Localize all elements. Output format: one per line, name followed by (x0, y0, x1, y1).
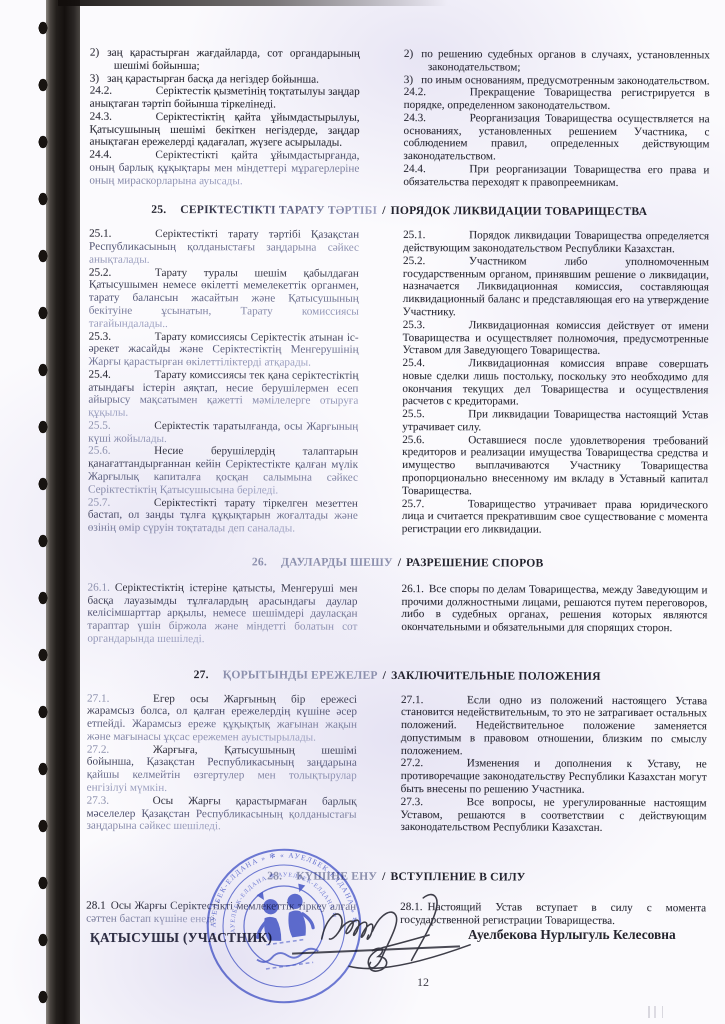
clause: 25.7.Серіктестікті тарату тіркелген мезе… (88, 496, 358, 535)
heading-separator: / (383, 669, 386, 682)
clause-number: 27.3. (401, 796, 467, 809)
clause: 26.1.Серіктестіктің істеріне қатысты, Ме… (87, 581, 357, 646)
clause-number: 25.5. (402, 408, 468, 421)
kazakh-column: 25.1.Серіктестікті тарату тәртібі Қазақс… (88, 228, 359, 536)
section-24-row: 2)заң қарастырған жағдайларда, сот орган… (89, 47, 710, 190)
list-item: 2)по решению судебных органов в случаях,… (404, 48, 710, 75)
section-heading-26: 26.ДАУЛАРДЫ ШЕШУ/РАЗРЕШЕНИЕ СПОРОВ (88, 554, 708, 570)
russian-column: 25.1.Порядок ликвидации Товарищества опр… (402, 229, 709, 537)
clause-number: 25.4. (403, 357, 469, 370)
list-number: 2) (404, 48, 413, 60)
clause-number: 25.7. (88, 496, 154, 509)
clause: 27.1.Егер осы Жарғының бір ережесі жарам… (87, 692, 357, 744)
stamp-small-text-lines (263, 939, 313, 969)
section-heading-27: 27.ҚОРЫТЫНДЫ ЕРЕЖЕЛЕР/ЗАКЛЮЧИТЕЛЬНЫЕ ПОЛ… (87, 667, 707, 683)
heading-number: 26. (252, 555, 267, 568)
section-26-row: 26.1.Серіктестіктің істеріне қатысты, Ме… (87, 581, 707, 648)
russian-column: 26.1.Все споры по делам Товарищества, ме… (401, 583, 707, 648)
kazakh-column: 26.1.Серіктестіктің істеріне қатысты, Ме… (87, 581, 357, 646)
clause: 25.4.Ликвидационная комиссия вправе сове… (402, 357, 708, 409)
clause: 25.6.Оставшиеся после удовлетворения тре… (402, 434, 708, 499)
list-item: 2)заң қарастырған жағдайларда, сот орган… (90, 47, 360, 74)
clause: 25.4.Тарату комиссиясы тек қана серіктес… (88, 368, 358, 420)
clause-number: 27.1. (87, 692, 153, 705)
kazakh-column: 27.1.Егер осы Жарғының бір ережесі жарам… (86, 692, 357, 834)
clause-number: 24.3. (404, 112, 470, 125)
clause: 25.1.Порядок ликвидации Товарищества опр… (403, 229, 709, 256)
clause: 24.2.Прекращение Товарищества регистриру… (404, 86, 710, 113)
clause: 27.2.Изменения и дополнения к Уставу, не… (401, 757, 707, 797)
heading-separator: / (382, 204, 385, 217)
clause-number: 25.3. (89, 330, 155, 343)
heading-number: 27. (194, 668, 209, 681)
clause: 25.1.Серіктестікті тарату тәртібі Қазақс… (89, 228, 359, 267)
heading-kazakh: ҚОРЫТЫНДЫ ЕРЕЖЕЛЕР (223, 668, 378, 682)
clause: 25.3.Тарату комиссиясы Серіктестік атына… (89, 330, 359, 369)
heading-russian: РАЗРЕШЕНИЕ СПОРОВ (406, 556, 543, 570)
list-text: заң қарастырған жағдайларда, сот органда… (107, 47, 360, 72)
clause-text: Серіктестіктің істеріне қатысты, Менгеру… (87, 582, 357, 645)
clause-number: 25.1. (403, 229, 469, 242)
clause: 27.3.Все вопросы, не урегулированные нас… (400, 796, 706, 836)
clause-number: 24.2. (404, 86, 470, 99)
clause: 26.1.Все споры по делам Товарищества, ме… (401, 583, 707, 635)
clause-number: 27.1. (401, 694, 467, 707)
clause: 25.5.При ликвидации Товарищества настоящ… (402, 408, 708, 435)
clause: 24.4.Серіктестікті қайта ұйымдастырғанда… (89, 149, 359, 188)
heading-number: 25. (151, 203, 166, 216)
clause-number: 24.4. (403, 163, 469, 176)
clause: 25.2.Тарату туралы шешім қабылдаған Қаты… (89, 266, 359, 331)
clause-number: 26.1. (402, 583, 424, 595)
section-27-row: 27.1.Егер осы Жарғының бір ережесі жарам… (86, 692, 707, 835)
clause-number: 27.2. (87, 743, 153, 756)
list-number: 3) (90, 72, 99, 84)
clause: 27.1.Если одно из положений настоящего У… (401, 694, 707, 759)
document-body: 2)заң қарастырған жағдайларда, сот орган… (86, 47, 710, 928)
clause: 24.3.Серіктестіктің қайта ұйымдастырылуы… (89, 110, 359, 149)
clause: 24.2.Серіктестік қызметінің тоқтатылуы з… (90, 85, 360, 112)
list-number: 3) (404, 74, 413, 86)
clause-number: 25.2. (89, 266, 155, 279)
clause-number: 24.2. (90, 85, 156, 98)
heading-kazakh: ДАУЛАРДЫ ШЕШУ (281, 555, 393, 568)
clause-number: 25.7. (402, 498, 468, 511)
list-text: заң қарастырған басқа да негіздер бойынш… (107, 72, 319, 85)
heading-separator: / (398, 556, 401, 569)
clause-number: 24.3. (90, 110, 156, 123)
clause-number: 25.5. (88, 420, 154, 433)
clause-number: 26.1. (88, 581, 110, 593)
participant-name: Ауелбекова Нурлыгуль Келесовна (468, 927, 676, 943)
list-number: 2) (90, 47, 99, 59)
clause: 25.6.Несие берушілердің талаптарын қанағ… (88, 445, 358, 497)
clause: 25.2.Участником либо уполномоченным госу… (403, 255, 709, 320)
section-heading-25: 25.СЕРІКТЕСТІКТІ ТАРАТУ ТӘРТІБІ/ПОРЯДОК … (89, 203, 709, 219)
clause-number: 25.3. (403, 319, 469, 332)
clause-number: 25.6. (402, 434, 468, 447)
kazakh-column: 2)заң қарастырған жағдайларда, сот орган… (89, 47, 360, 189)
page-number: 12 (398, 975, 448, 990)
russian-column: 27.1.Если одно из положений настоящего У… (400, 694, 707, 836)
signature-block: ҚАТЫСУШЫ (УЧАСТНИК) « АУЕЛБЕК-ЕЛДАНА » ✻… (0, 845, 725, 1024)
list-text: по иным основаниям, предусмотренным зако… (421, 74, 710, 87)
clause-number: 27.3. (87, 794, 153, 807)
scanned-document-page: 2)заң қарастырған жағдайларда, сот орган… (0, 0, 725, 1024)
russian-column: 2)по решению судебных органов в случаях,… (403, 48, 710, 190)
clause: 25.5.Серіктестік таратылғанда, осы Жарғы… (88, 420, 358, 447)
scan-edge-top (58, 0, 448, 6)
list-item: 3)заң қарастырған басқа да негіздер бойы… (90, 72, 360, 86)
clause-number: 25.2. (403, 255, 469, 268)
clause: 25.7.Товарищество утрачивает права юриди… (402, 498, 708, 538)
clause: 25.3.Ликвидационная комиссия действует о… (403, 319, 709, 359)
clause: 24.3.Реорганизация Товарищества осуществ… (403, 112, 709, 164)
clause-number: 25.6. (88, 445, 154, 458)
handwritten-signature (308, 887, 474, 987)
clause-number: 25.1. (89, 228, 155, 241)
clause-number: 24.4. (89, 149, 155, 162)
clause-number: 25.4. (88, 368, 154, 381)
heading-russian: ЗАКЛЮЧИТЕЛЬНЫЕ ПОЛОЖЕНИЯ (391, 669, 601, 683)
clause: 27.3.Осы Жарғы қарастырмаған барлық мәсе… (86, 794, 356, 833)
heading-kazakh: СЕРІКТЕСТІКТІ ТАРАТУ ТӘРТІБІ (180, 203, 377, 217)
list-text: по решению судебных органов в случаях, у… (421, 48, 710, 73)
clause-number: 27.2. (401, 757, 467, 770)
clause-text: Все споры по делам Товарищества, между З… (401, 583, 707, 634)
clause: 24.4.При реорганизации Товарищества его … (403, 163, 709, 190)
clause: 27.2.Жарғыға, Қатысушының шешімі бойынша… (87, 743, 357, 795)
heading-russian: ПОРЯДОК ЛИКВИДАЦИИ ТОВАРИЩЕСТВА (391, 204, 648, 218)
section-25-row: 25.1.Серіктестікті тарату тәртібі Қазақс… (88, 228, 709, 537)
